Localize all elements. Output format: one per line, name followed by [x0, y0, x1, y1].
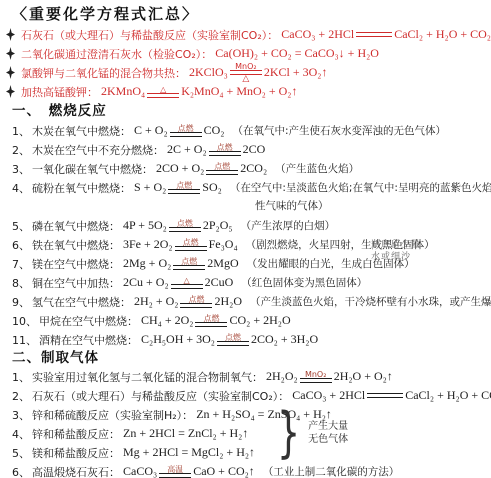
equation-description: 一氧化碳在氧气中燃烧：	[32, 161, 153, 177]
equals-sign: =	[181, 445, 188, 460]
equation-rhs: ZnCl₂ + H₂↑	[188, 426, 248, 441]
double-equals-sign: 高温	[159, 465, 191, 478]
equation-line: 4、硫粉在氧气中燃烧：S + O₂点燃SO₂（在空气中:呈淡蓝色火焰;在氧气中:…	[0, 178, 491, 197]
equation-lhs: 2CO + O₂	[156, 161, 204, 176]
equation-rhs: CaCl₂ + H₂O + CO₂↑	[405, 388, 491, 403]
section-heading: 一、 燃烧反应	[0, 101, 491, 121]
brace-annotation: } 产生大量 无色气体	[272, 404, 348, 462]
item-number: 7、	[12, 256, 30, 272]
equals-sign: =	[258, 407, 265, 422]
double-equals-sign: 点燃	[206, 162, 238, 175]
reaction-condition: 点燃	[203, 315, 219, 323]
item-number: 6、	[12, 464, 30, 478]
item-number: 5、	[12, 445, 30, 461]
item-number: 10、	[12, 313, 37, 329]
double-equals-sign	[367, 393, 403, 398]
margin-note: 瓶底留少量 水或细沙	[371, 239, 421, 263]
reaction-condition: 点燃	[217, 144, 233, 152]
equation-lhs: CaCO₃	[123, 464, 157, 478]
reaction-condition: △	[160, 86, 166, 94]
item-number: 9、	[12, 294, 30, 310]
equation-description: 锌和稀硫酸反应（实验室制H₂）：	[32, 407, 193, 423]
equation-lhs: 3Fe + 2O₂	[123, 237, 173, 252]
equation-lhs: Zn + H₂SO₄	[196, 407, 254, 422]
curly-brace-icon: }	[277, 403, 300, 464]
equation-description: 锌和稀盐酸反应：	[32, 426, 120, 442]
item-number: 1、	[12, 123, 30, 139]
reaction-condition: 点燃	[225, 334, 241, 342]
double-equals-sign: MnO₂	[300, 370, 332, 383]
reaction-condition: 点燃	[176, 182, 192, 190]
equation-rhs: CaCl₂ + H₂O + CO₂↑	[394, 27, 491, 42]
reaction-condition: MnO₂	[235, 63, 256, 71]
equation-rhs: Fe₃O₄	[209, 237, 238, 252]
equation-line: 5、磷在氧气中燃烧：4P + 5O₂点燃2P₂O₅（产生浓厚的白烟）	[0, 216, 491, 235]
equation-line: 二氧化碳通过澄清石灰水（检验CO₂）：Ca(OH)₂ + CO₂=CaCO₃↓ …	[0, 44, 491, 63]
equation-line: 1、实验室用过氧化氢与二氧化锰的混合物制氧气：2H₂O₂MnO₂2H₂O + O…	[0, 367, 491, 386]
equation-rhs: 2CO₂	[240, 161, 267, 176]
equation-line: 1、木炭在氧气中燃烧：C + O₂点燃CO₂（在氧气中:产生使石灰水变浑浊的无色…	[0, 121, 491, 140]
equation-line: 10、甲烷在空气中燃烧：CH₄ + 2O₂点燃CO₂ + 2H₂O	[0, 311, 491, 330]
equation-line: 2、木炭在空气中不充分燃烧：2C + O₂点燃2CO	[0, 140, 491, 159]
equation-lhs: 2H₂O₂	[266, 369, 298, 384]
sections: 一、 燃烧反应1、木炭在氧气中燃烧：C + O₂点燃CO₂（在氧气中:产生使石灰…	[0, 101, 491, 478]
double-equals-sign: 点燃	[169, 219, 201, 232]
item-number: 11、	[12, 332, 37, 348]
double-line-icon	[356, 32, 392, 37]
item-number: 4、	[12, 180, 30, 196]
double-equals-sign: MnO₂△	[230, 63, 262, 82]
equation-description: 酒精在空气中燃烧：	[39, 332, 138, 348]
equation-description: 甲烷在空气中燃烧：	[39, 313, 138, 329]
equation-lhs: Zn + 2HCl	[123, 426, 175, 441]
equation-lhs: Mg + 2HCl	[123, 445, 178, 460]
equation-lhs: 4P + 5O₂	[123, 218, 167, 233]
item-number: 1、	[12, 369, 30, 385]
star-bullet	[3, 66, 18, 79]
equation-rhs: 2H₂O + O₂↑	[334, 369, 393, 384]
item-number: 3、	[12, 407, 30, 423]
section-heading: 二、制取气体	[0, 349, 491, 367]
equation-description: 木炭在氧气中燃烧：	[32, 123, 131, 139]
equation-description: 高温煅烧石灰石：	[32, 464, 120, 478]
equation-description: 铁在氧气中燃烧：	[32, 237, 120, 253]
reaction-condition: 点燃	[178, 125, 194, 133]
equation-line: 11、酒精在空气中燃烧：C₂H₅OH + 3O₂点燃2CO₂ + 3H₂O	[0, 330, 491, 349]
reaction-condition: 点燃	[188, 296, 204, 304]
equation-description: 二氧化碳通过澄清石灰水（检验CO₂）：	[21, 46, 212, 62]
equation-description: 石灰石（或大理石）与稀盐酸反应（实验室制CO₂）：	[21, 27, 278, 43]
double-equals-sign: 点燃	[175, 238, 207, 251]
equation-rhs: 2CuO	[205, 275, 234, 290]
equation-note: （产生浓厚的白烟）	[241, 218, 336, 233]
page-title: 〈重要化学方程式汇总〉	[0, 3, 491, 25]
equation-rhs: 2KCl + 3O₂↑	[264, 65, 328, 80]
item-number: 5、	[12, 218, 30, 234]
reaction-condition: 点燃	[181, 258, 197, 266]
equation-line: 9、氢气在空气中燃烧：2H₂ + O₂点燃2H₂O（产生淡蓝色火焰，干冷烧杯壁有…	[0, 292, 491, 311]
star-bullet	[3, 28, 18, 41]
double-equals-sign: 点燃	[168, 181, 200, 194]
star-icon	[6, 47, 15, 60]
equation-description: 实验室用过氧化氢与二氧化锰的混合物制氧气：	[32, 369, 263, 385]
equation-line: 加热高锰酸钾：2KMnO₄△K₂MnO₄ + MnO₂ + O₂↑	[0, 82, 491, 101]
reaction-condition: MnO₂	[305, 371, 326, 379]
star-icon	[6, 85, 15, 98]
reaction-condition: 点燃	[214, 163, 230, 171]
equation-description: 磷在氧气中燃烧：	[32, 218, 120, 234]
reaction-condition-below: △	[242, 75, 249, 83]
equation-note: （产生淡蓝色火焰，干冷烧杯壁有小水珠，或产生爆鸣声）	[250, 294, 491, 309]
item-number: 3、	[12, 161, 30, 177]
equation-rhs: CO₂	[204, 123, 225, 138]
equation-lhs: 2C + O₂	[167, 142, 207, 157]
equation-rhs: CO₂ + 2H₂O	[229, 313, 290, 328]
equation-description: 镁和稀盐酸反应：	[32, 445, 120, 461]
equation-description: 铜在空气中加热：	[32, 275, 120, 291]
equation-rhs: 2MgO	[207, 256, 238, 271]
equation-lhs: 2Mg + O₂	[123, 256, 171, 271]
star-icon	[6, 66, 15, 79]
star-icon	[6, 28, 15, 41]
double-equals-sign: 点燃	[170, 124, 202, 137]
double-equals-sign: 点燃	[180, 295, 212, 308]
equation-lhs: CH₄ + 2O₂	[141, 313, 193, 328]
equals-sign: =	[295, 46, 302, 61]
equation-note: （在空气中:呈淡蓝色火焰;在氧气中:呈明亮的蓝紫色火焰,产生有刺激	[230, 180, 491, 195]
equation-rhs: K₂MnO₄ + MnO₂ + O₂↑	[181, 84, 297, 99]
equation-line: 5、镁和稀盐酸反应：Mg + 2HCl=MgCl₂ + H₂↑	[0, 443, 491, 462]
reaction-condition: 高温	[167, 466, 183, 474]
key-equations-list: 石灰石（或大理石）与稀盐酸反应（实验室制CO₂）：CaCO₃ + 2HClCaC…	[0, 25, 491, 101]
equation-rhs: 2P₂O₅	[203, 218, 233, 233]
double-equals-sign	[356, 32, 392, 37]
equation-lhs: Ca(OH)₂ + CO₂	[215, 46, 291, 61]
item-number: 2、	[12, 388, 30, 404]
double-equals-sign: 点燃	[195, 314, 227, 327]
item-number: 6、	[12, 237, 30, 253]
equation-description: 镁在空气中燃烧：	[32, 256, 120, 272]
star-bullet	[3, 47, 18, 60]
equation-rhs: CaCO₃↓ + H₂O	[305, 46, 379, 61]
reaction-condition: 点燃	[177, 220, 193, 228]
equation-description: 氯酸钾与二氧化锰的混合物共热：	[21, 65, 186, 81]
equation-description: 木炭在空气中不充分燃烧：	[32, 142, 164, 158]
equation-lhs: 2KClO₃	[189, 65, 228, 80]
brace-note-line2: 无色气体	[308, 433, 348, 446]
equation-description: 石灰石（或大理石）与稀盐酸反应（实验室制CO₂）：	[32, 388, 289, 404]
equation-line: 3、一氧化碳在氧气中燃烧：2CO + O₂点燃2CO₂（产生蓝色火焰）	[0, 159, 491, 178]
equation-rhs: 2CO₂ + 3H₂O	[251, 332, 318, 347]
brace-note: 产生大量 无色气体	[308, 420, 348, 446]
equation-description: 加热高锰酸钾：	[21, 84, 98, 100]
equation-line: 4、锌和稀盐酸反应：Zn + 2HCl=ZnCl₂ + H₂↑	[0, 424, 491, 443]
equation-lhs: C₂H₅OH + 3O₂	[141, 332, 215, 347]
equation-line: 8、铜在空气中加热：2Cu + O₂△2CuO（红色固体变为黑色固体）	[0, 273, 491, 292]
margin-note-line1: 瓶底留少量	[371, 239, 421, 251]
equation-line: 2、石灰石（或大理石）与稀盐酸反应（实验室制CO₂）：CaCO₃ + 2HClC…	[0, 386, 491, 405]
equals-sign: =	[178, 426, 185, 441]
double-line-icon	[367, 393, 403, 398]
equation-line: 氯酸钾与二氧化锰的混合物共热：2KClO₃MnO₂△2KCl + 3O₂↑	[0, 63, 491, 82]
equation-line: 6、高温煅烧石灰石：CaCO₃高温CaO + CO₂↑（工业上制二氧化碳的方法）	[0, 462, 491, 478]
equation-rhs: 2CO	[243, 142, 266, 157]
equation-lhs: 2KMnO₄	[101, 84, 145, 99]
equation-rhs: SO₂	[202, 180, 222, 195]
item-number: 4、	[12, 426, 30, 442]
item-number: 2、	[12, 142, 30, 158]
equation-lhs: 2H₂ + O₂	[134, 294, 178, 309]
star-bullet	[3, 85, 18, 98]
equation-lhs: C + O₂	[134, 123, 168, 138]
equation-note: （工业上制二氧化碳的方法）	[263, 464, 400, 478]
equation-rhs: CaO + CO₂↑	[193, 464, 255, 478]
reaction-condition: △	[184, 277, 190, 285]
equation-rhs: MgCl₂ + H₂↑	[191, 445, 255, 460]
equation-lhs: 2Cu + O₂	[123, 275, 169, 290]
equation-lhs: CaCO₃ + 2HCl	[292, 388, 365, 403]
equation-note: （红色固体变为黑色固体）	[241, 275, 367, 290]
equation-description: 硫粉在氧气中燃烧：	[32, 180, 131, 196]
equation-note: （产生蓝色火焰）	[275, 161, 359, 176]
margin-note-line2: 水或细沙	[371, 251, 421, 263]
equation-note-continuation: 性气味的气体）	[0, 197, 491, 216]
double-equals-sign: 点燃	[173, 257, 205, 270]
equation-lhs: CaCO₃ + 2HCl	[281, 27, 354, 42]
equation-line: 3、锌和稀硫酸反应（实验室制H₂）：Zn + H₂SO₄=ZnSO₄ + H₂↑	[0, 405, 491, 424]
reaction-condition: 点燃	[183, 239, 199, 247]
double-equals-sign: △	[147, 85, 179, 98]
double-equals-sign: 点燃	[209, 143, 241, 156]
equation-description: 氢气在空气中燃烧：	[32, 294, 131, 310]
double-equals-sign: △	[171, 276, 203, 289]
equation-rhs: 2H₂O	[214, 294, 242, 309]
double-equals-sign: 点燃	[217, 333, 249, 346]
equation-line: 石灰石（或大理石）与稀盐酸反应（实验室制CO₂）：CaCO₃ + 2HClCaC…	[0, 25, 491, 44]
item-number: 8、	[12, 275, 30, 291]
equation-note: （在氧气中:产生使石灰水变浑浊的无色气体）	[232, 123, 446, 138]
equation-lhs: S + O₂	[134, 180, 166, 195]
brace-note-line1: 产生大量	[308, 420, 348, 433]
